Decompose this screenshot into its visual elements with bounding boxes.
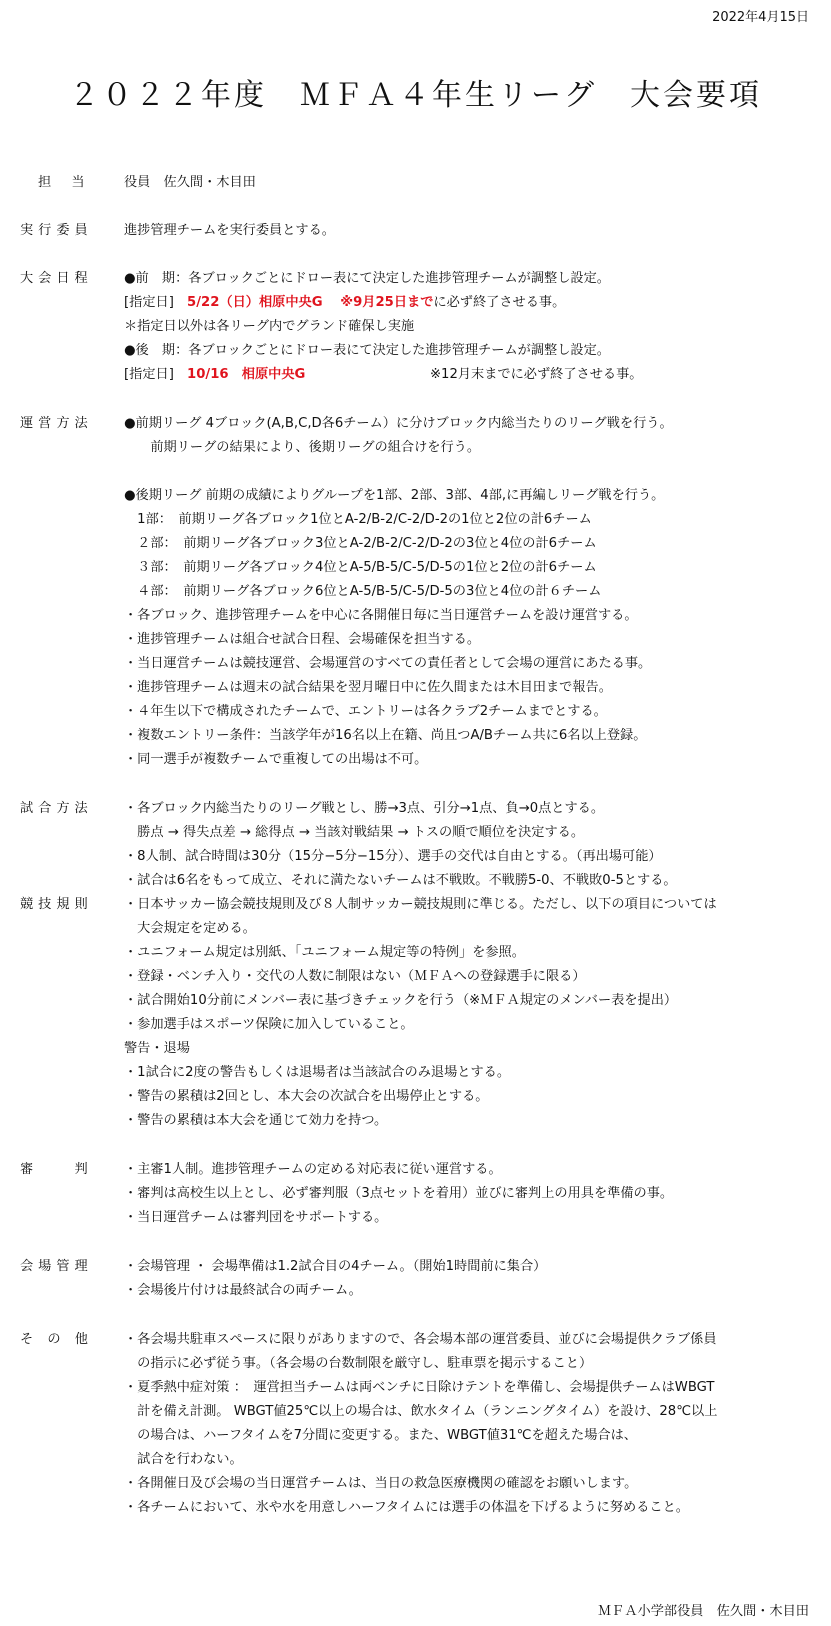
section-tanto: 担 当 役員 佐久間・木目田 xyxy=(0,170,831,195)
section-kaijo: 会場管理 ・会場管理 ・ 会場準備は1.2試合目の4チーム。（開始1時間前に集合… xyxy=(0,1254,831,1279)
list-item: ・夏季熱中症対策 ： 運営担当チームは両ベンチに日除けテントを準備し、会場提供チ… xyxy=(0,1375,831,1400)
designated-label: [指定日] xyxy=(124,295,187,310)
section-label: 運営方法 xyxy=(20,411,120,436)
list-item: ４部： 前期リーグ各ブロック6位とA-5/B-5/C-5/D-5の3位と4位の計… xyxy=(0,579,831,604)
schedule-first-half: ●前 期：各ブロックごとにドロー表にて決定した進捗管理チームが調整し設定。 xyxy=(124,266,610,291)
list-item: ・8人制、試合時間は30分（15分−5分−15分）、選手の交代は自由とする。（再… xyxy=(0,844,831,869)
list-item: ・各チームにおいて、氷や水を用意しハーフタイムには選手の体温を下げるように努める… xyxy=(0,1495,831,1520)
section-label: 大会日程 xyxy=(20,266,120,291)
section-label: 審 判 xyxy=(20,1157,120,1182)
list-item: ・会場後片付けは最終試合の両チーム。 xyxy=(0,1278,831,1303)
section-kyogi: 競技規則 ・日本サッカー協会競技規則及び８人制サッカー競技規則に準じる。ただし、… xyxy=(0,892,831,917)
designated-label: [指定日] xyxy=(124,367,187,382)
document-title: ２０２２年度 ＭＦＡ４年生リーグ 大会要項 xyxy=(0,70,831,114)
schedule-designated-date-2: [指定日] 10/16 相原中央G ※12月末までに必ず終了させる事。 xyxy=(0,362,831,387)
section-shiai: 試合方法 ・各ブロック内総当たりのリーグ戦とし、勝→3点、引分→1点、負→0点と… xyxy=(0,796,831,821)
list-item: ・進捗管理チームは週末の試合結果を翌月曜日中に佐久間または木目田まで報告。 xyxy=(0,675,831,700)
list-item: 1部： 前期リーグ各ブロック1位とA-2/B-2/C-2/D-2の1位と2位の計… xyxy=(0,507,831,532)
section-jikko: 実行委員 進捗管理チームを実行委員とする。 xyxy=(0,218,831,243)
list-item: ・進捗管理チームは組合せ試合日程、会場確保を担当する。 xyxy=(0,627,831,652)
section-unei: 運営方法 ●前期リーグ 4ブロック(A,B,C,D各6チーム）に分けブロック内総… xyxy=(0,411,831,436)
list-item: ・同一選手が複数チームで重複しての出場は不可。 xyxy=(0,747,831,772)
list-item: 計を備え計測。 WBGT値25℃以上の場合は、飲水タイム（ランニングタイム）を設… xyxy=(0,1399,831,1424)
list-item: 試合を行わない。 xyxy=(0,1447,831,1472)
list-item: ・当日運営チームは審判団をサポートする。 xyxy=(0,1205,831,1230)
signature: ＭＦＡ小学部役員 佐久間・木目田 xyxy=(598,1600,809,1619)
list-item: ３部： 前期リーグ各ブロック4位とA-5/B-5/C-5/D-5の1位と2位の計… xyxy=(0,555,831,580)
section-text: 役員 佐久間・木目田 xyxy=(124,170,256,195)
list-item: ・ユニフォーム規定は別紙、「ユニフォーム規定等の特例」を参照。 xyxy=(0,940,831,965)
list-item: ・1試合に2度の警告もしくは退場者は当該試合のみ退場とする。 xyxy=(0,1060,831,1085)
list-item: ２部： 前期リーグ各ブロック3位とA-2/B-2/C-2/D-2の3位と4位の計… xyxy=(0,531,831,556)
section-label: 試合方法 xyxy=(20,796,120,821)
schedule-designated-date-1: [指定日] 5/22（日）相原中央G ※9月25日までに必ず終了させる事。 xyxy=(0,290,831,315)
document-date: 2022年4月15日 xyxy=(712,6,809,25)
section-shinpan: 審 判 ・主審1人制。進捗管理チームの定める対応表に従い運営する。 xyxy=(0,1157,831,1182)
section-label: 会場管理 xyxy=(20,1254,120,1279)
list-item: ・試合は6名をもって成立、それに満たないチームは不戦敗。不戦勝5-0、不戦敗0-… xyxy=(0,868,831,893)
list-item: 前期リーグの結果により、後期リーグの組合けを行う。 xyxy=(0,435,831,460)
designated-date-red: 5/22（日）相原中央G ※9月25日まで xyxy=(187,295,433,310)
list-item: ・４年生以下で構成されたチームで、エントリーは各クラブ2チームまでとする。 xyxy=(0,699,831,724)
section-label: 競技規則 xyxy=(20,892,120,917)
designated-date-red: 10/16 相原中央G xyxy=(187,367,305,382)
section-label: 実行委員 xyxy=(20,218,120,243)
list-item: ・警告の累積は本大会を通じて効力を持つ。 xyxy=(0,1108,831,1133)
list-item: ●後期リーグ 前期の成績によりグループを1部、2部、3部、4部,に再編しリーグ戦… xyxy=(0,483,831,508)
schedule-note: ＊指定日以外は各リーグ内でグランド確保し実施 xyxy=(0,314,831,339)
list-item: ・各開催日及び会場の当日運営チームは、当日の救急医療機関の確認をお願いします。 xyxy=(0,1471,831,1496)
schedule-second-half: ●後 期：各ブロックごとにドロー表にて決定した進捗管理チームが調整し設定。 xyxy=(0,338,831,363)
list-item: ・複数エントリー条件：当該学年が16名以上在籍、尚且つA/Bチーム共に6名以上登… xyxy=(0,723,831,748)
list-item: ・審判は高校生以上とし、必ず審判服（3点セットを着用）並びに審判上の用具を準備の… xyxy=(0,1181,831,1206)
list-item: の場合は、ハーフタイムを7分間に変更する。また、WBGT値31℃を超えた場合は、 xyxy=(0,1423,831,1448)
subheading-warning: 警告・退場 xyxy=(0,1036,831,1061)
list-item: ・各ブロック、進捗管理チームを中心に各開催日毎に当日運営チームを設け運営する。 xyxy=(0,603,831,628)
list-item: ・試合開始10分前にメンバー表に基づきチェックを行う（※ＭＦＡ規定のメンバー表を… xyxy=(0,988,831,1013)
list-item: 大会規定を定める。 xyxy=(0,916,831,941)
list-item: ・参加選手はスポーツ保険に加入していること。 xyxy=(0,1012,831,1037)
section-label: そ の 他 xyxy=(20,1327,120,1352)
section-label: 担 当 xyxy=(38,170,138,195)
section-sonota: そ の 他 ・各会場共駐車スペースに限りがありますので、各会場本部の運営委員、並… xyxy=(0,1327,831,1352)
designated-suffix: ※12月末までに必ず終了させる事。 xyxy=(430,362,642,387)
section-text: 進捗管理チームを実行委員とする。 xyxy=(124,218,335,243)
list-item: ・登録・ベンチ入り・交代の人数に制限はない（ＭＦＡへの登録選手に限る） xyxy=(0,964,831,989)
list-item: の指示に必ず従う事。（各会場の台数制限を厳守し、駐車票を掲示すること） xyxy=(0,1351,831,1376)
list-item: ・当日運営チームは競技運営、会場運営のすべての責任者として会場の運営にあたる事。 xyxy=(0,651,831,676)
list-item: 勝点 → 得失点差 → 総得点 → 当該対戦結果 → トスの順で順位を決定する。 xyxy=(0,820,831,845)
designated-suffix: に必ず終了させる事。 xyxy=(433,295,565,310)
list-item: ・警告の累積は2回とし、本大会の次試合を出場停止とする。 xyxy=(0,1084,831,1109)
section-nittei: 大会日程 ●前 期：各ブロックごとにドロー表にて決定した進捗管理チームが調整し設… xyxy=(0,266,831,291)
